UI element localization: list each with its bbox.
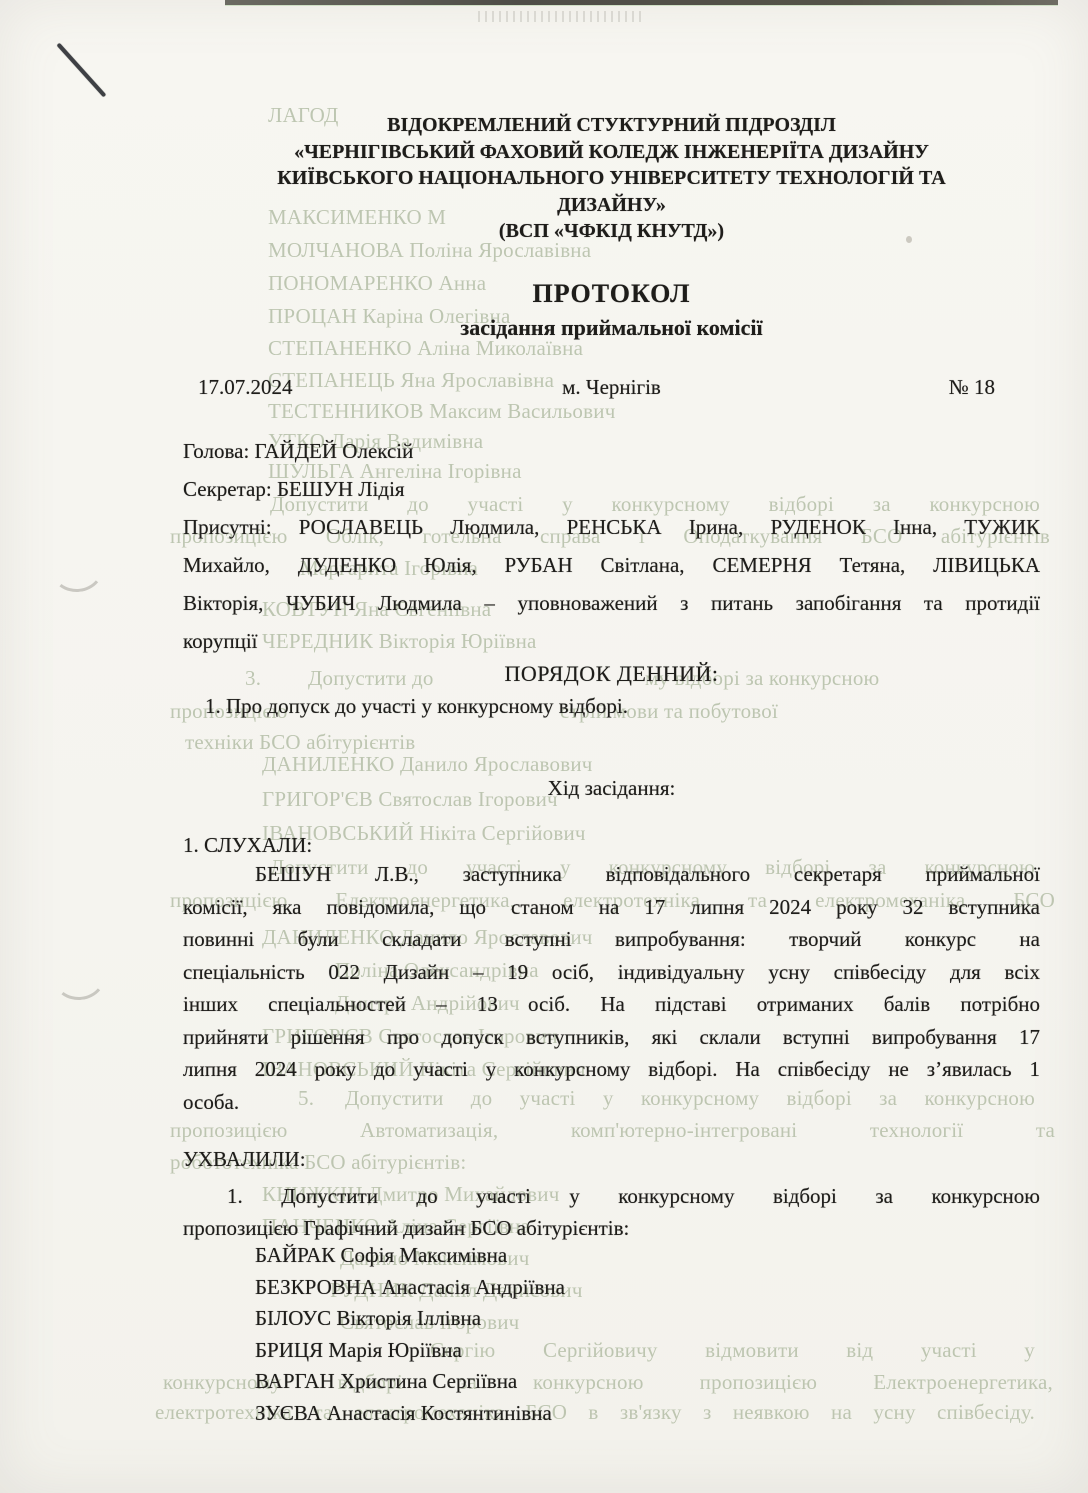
date-row: 17.07.2024 м. Чернігів № 18 (183, 375, 1040, 403)
faint-top-text-artifact (478, 11, 643, 22)
admitted-name: БІЛОУС Вікторія Іллівна (183, 1303, 1040, 1335)
doc-place: м. Чернігів (183, 375, 1040, 400)
org-name-line: ВІДОКРЕМЛЕНИЙ СТУКТУРНИЙ ПІДРОЗДІЛ (183, 112, 1040, 139)
agenda-item: 1. Про допуск до участі у конкурсному ві… (183, 694, 1062, 719)
heard-line: інших спеціальностей – 13 осіб. На підст… (183, 988, 1040, 1021)
org-name-line: (ВСП «ЧФКІД КНУТД») (183, 218, 1040, 245)
officials-line: Присутні: РОСЛАВЕЦЬ Людмила, РЕНСЬКА Іри… (183, 508, 1040, 546)
admitted-name: ВАРГАН Христина Сергіївна (183, 1366, 1040, 1398)
org-name-line: КИЇВСЬКОГО НАЦІОНАЛЬНОГО УНІВЕРСИТЕТУ ТЕ… (183, 165, 1040, 192)
doc-subtitle: засідання приймальної комісії (183, 315, 1040, 341)
admitted-name: БРИЦЯ Марія Юріївна (183, 1335, 1040, 1367)
org-name-line: ДИЗАЙНУ» (183, 192, 1040, 219)
resolved-heading: УХВАЛИЛИ: (183, 1147, 1040, 1172)
officials-line: Вікторія, ЧУБИЧ Людмила – уповноважений … (183, 584, 1040, 622)
heard-line: БЕШУН Л.В., заступника відповідального с… (183, 858, 1040, 891)
doc-title: ПРОТОКОЛ (183, 279, 1040, 309)
scanned-protocol-page: ЛАГОДМАКСИМЕНКО ММОЛЧАНОВА Поліна Яросла… (0, 0, 1088, 1493)
admitted-name: БЕЗКРОВНА Анастасія Андріївна (183, 1272, 1040, 1304)
heard-line: особа. (183, 1086, 1040, 1119)
org-name-line: «ЧЕРНІГІВСЬКИЙ ФАХОВИЙ КОЛЕДЖ ІНЖЕНЕРІЇТ… (183, 139, 1040, 166)
heard-line: спеціальність 022 Дизайн – 19 осіб, інди… (183, 956, 1040, 989)
officials-line: корупції (183, 622, 1040, 660)
punch-hole-shadow (48, 539, 107, 594)
bleedthrough-text-line: пропозицією Автоматизація, комп'ютерно-і… (170, 1118, 1055, 1143)
officials-line: Голова: ГАЙДЕЙ Олексій (183, 432, 1040, 470)
scanner-edge-artifact (225, 0, 1058, 6)
heard-paragraph: БЕШУН Л.В., заступника відповідального с… (183, 858, 1040, 1118)
org-name-block: ВІДОКРЕМЛЕНИЙ СТУКТУРНИЙ ПІДРОЗДІЛ«ЧЕРНІ… (183, 112, 1040, 245)
heard-line: повинні були складати вступні випробуван… (183, 923, 1040, 956)
heard-line: прийняти рішення про допуск вступників, … (183, 1021, 1040, 1054)
agenda-heading: ПОРЯДОК ДЕННИЙ: (183, 661, 1040, 687)
proceedings-heading: Хід засідання: (183, 776, 1040, 801)
resolved-paragraph: 1. Допустити до участі у конкурсному від… (183, 1180, 1040, 1244)
bleedthrough-text-line: ДАНИЛЕНКО Данило Ярославович (262, 752, 593, 777)
heard-line: липня 2024 року до участі у конкурсному … (183, 1053, 1040, 1086)
heard-line: комісії, яка повідомила, що станом на 17… (183, 891, 1040, 924)
heard-heading: 1. СЛУХАЛИ: (183, 833, 1040, 858)
admitted-names-list: БАЙРАК Софія МаксимівнаБЕЗКРОВНА Анастас… (183, 1240, 1040, 1429)
officials-line: Секретар: БЕШУН Лідія (183, 470, 1040, 508)
doc-number: № 18 (949, 375, 995, 400)
admitted-name: ЗУЄВА Анастасія Костянтинівна (183, 1398, 1040, 1430)
resolved-line: 1. Допустити до участі у конкурсному від… (183, 1180, 1040, 1212)
officials-line: Михайло, ДУДЕНКО Юлія, РУБАН Світлана, С… (183, 546, 1040, 584)
officials-block: Голова: ГАЙДЕЙ ОлексійСекретар: БЕШУН Лі… (183, 432, 1040, 660)
admitted-name: БАЙРАК Софія Максимівна (183, 1240, 1040, 1272)
pen-stroke-mark (57, 43, 107, 98)
punch-hole-shadow (50, 947, 109, 1002)
